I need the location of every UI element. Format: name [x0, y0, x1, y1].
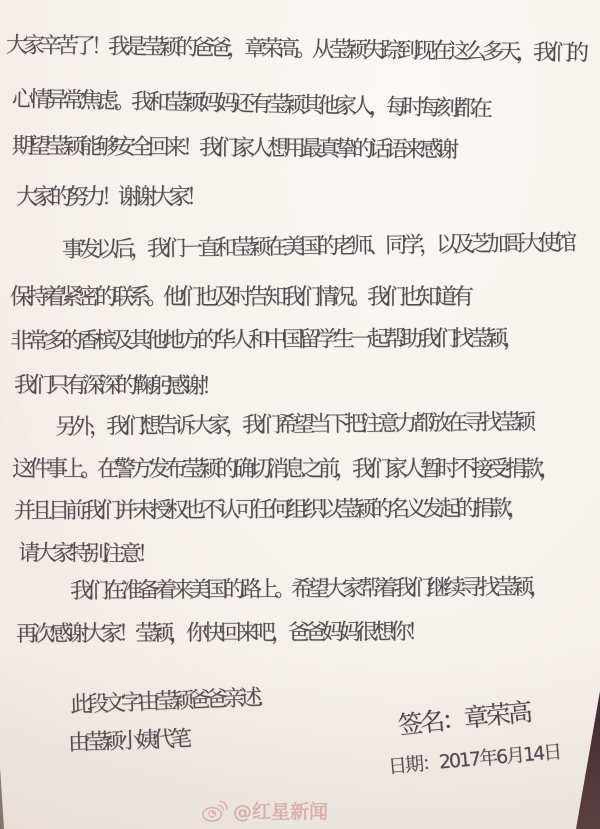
letter-line: 大家辛苦了！我是莹颖的爸爸，章荣高。从莹颖失踪到现在这么多天，我们的 — [6, 28, 584, 67]
letter-line: 非常多的香槟及其他地方的华人和中国留学生一起帮助我们找莹颖， — [10, 321, 520, 355]
letter-line: 我们只有深深的鞠躬感谢！ — [14, 368, 218, 400]
letter-line: 心情异常焦虑。我和莹颖妈妈还有莹颖其他家人，每时每刻都在 — [12, 82, 489, 123]
footer-note-penned: 由莹颖小姨代笔 — [67, 722, 187, 757]
letter-line: 我们在准备着来美国的路上。希望大家帮着我们继续寻找莹颖， — [70, 570, 546, 605]
letter-line: 大家的努力！谢谢大家！ — [16, 180, 203, 211]
letter-line: 这件事上。在警方发布莹颖的确切消息之前，我们家人暂时不接受捐款， — [12, 452, 556, 483]
letter-line: 另外，我们想告诉大家，我们希望当下把注意力都放在寻找莹颖 — [55, 405, 531, 441]
watermark: @红星新闻 — [202, 797, 328, 824]
letter-line: 期望莹颖能够安全回来！我们家人想用最真挚的话语来感谢 — [12, 129, 454, 164]
footer-note-dictated: 此段文字由莹颖爸爸亲述. — [69, 681, 259, 719]
letter-line: 再次感谢大家！莹颖，你快回来吧，爸爸妈妈很想你！ — [16, 615, 424, 648]
date: 日期：2017年6月14日 — [387, 737, 561, 779]
letter-line: 请大家特别注意！ — [18, 536, 154, 568]
photo-corner-shadow-right — [576, 691, 600, 829]
letter-line: 事发以后，我们一直和莹颖在美国的老师、同学，以及芝加哥大使馆 — [62, 226, 572, 264]
weibo-icon — [202, 799, 228, 823]
letter-line: 并且目前我们并未授权也不认可任何组织以莹颖的名义发起的捐款， — [14, 491, 524, 525]
handwritten-letter-photo: 大家辛苦了！我是莹颖的爸爸，章荣高。从莹颖失踪到现在这么多天，我们的 心情异常焦… — [0, 0, 600, 829]
letter-line: 保持着紧密的联系。他们也及时告知我们情况。我们也知道有 — [10, 280, 469, 311]
signature: 签名：章荣高 — [396, 692, 531, 742]
photo-corner-shadow-left — [0, 767, 4, 829]
watermark-text: @红星新闻 — [233, 797, 328, 824]
